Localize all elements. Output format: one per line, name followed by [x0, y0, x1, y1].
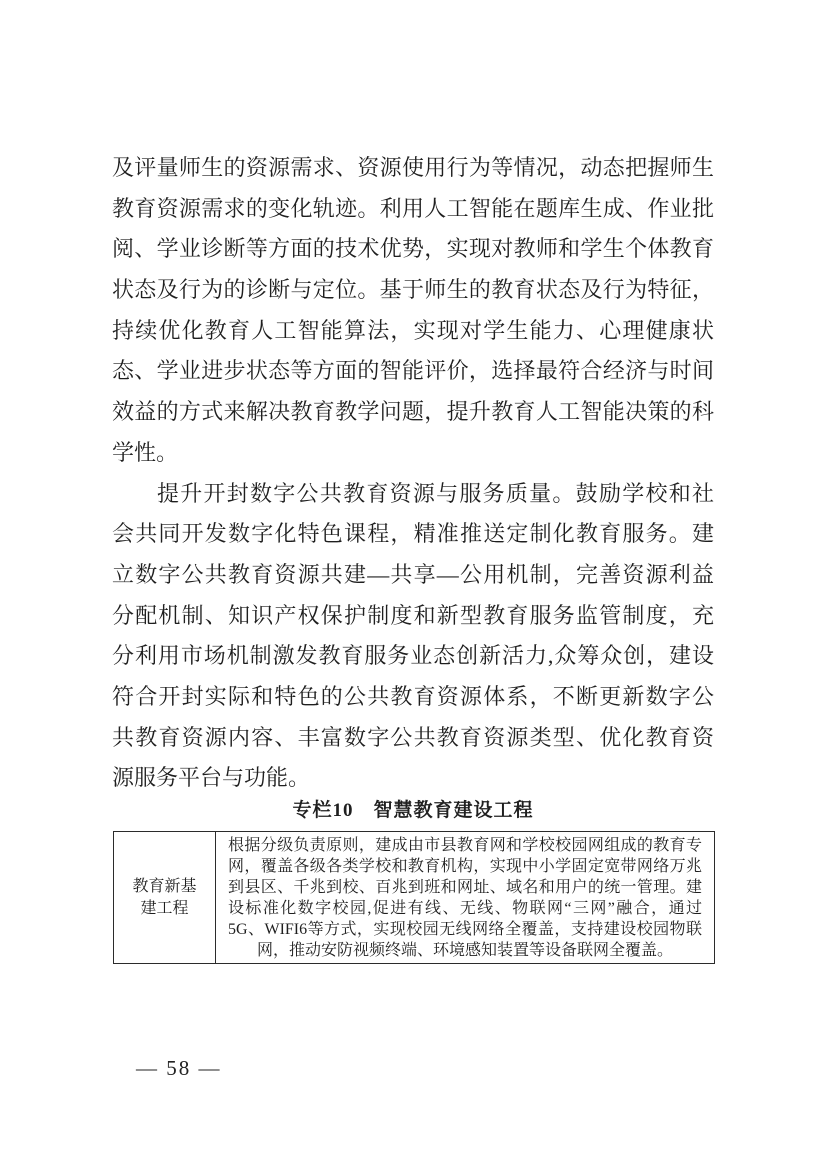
body-line: 提升开封数字公共教育资源与服务质量。鼓励学校和社	[112, 474, 714, 515]
column-box-title: 专栏10 智慧教育建设工程	[112, 795, 714, 822]
project-description-line: 网，覆盖各级各类学校和教育机构，实现中小学固定宽带网络万兆	[228, 856, 702, 877]
body-line: 会共同开发数字化特色课程，精准推送定制化教育服务。建	[112, 514, 714, 555]
body-line: 教育资源需求的变化轨迹。利用人工智能在题库生成、作业批	[112, 189, 714, 230]
project-table: 教育新基 建工程 根据分级负责原则，建成由市县教育网和学校校园网组成的教育专 网…	[113, 831, 715, 964]
page-number: — 58 —	[136, 1056, 222, 1081]
project-name-line: 建工程	[140, 898, 188, 920]
project-description-line: 5G、WIFI6等方式，实现校园无线网络全覆盖，支持建设校园物联	[228, 919, 702, 940]
project-description-line: 根据分级负责原则，建成由市县教育网和学校校园网组成的教育专	[228, 835, 702, 856]
body-text: 及评量师生的资源需求、资源使用行为等情况，动态把握师生 教育资源需求的变化轨迹。…	[112, 148, 714, 799]
body-line: 状态及行为的诊断与定位。基于师生的教育状态及行为特征，	[112, 270, 714, 311]
body-line: 分配机制、知识产权保护制度和新型教育服务监管制度，充	[112, 596, 714, 637]
body-line: 学性。	[112, 433, 714, 474]
body-line: 共教育资源内容、丰富数字公共教育资源类型、优化教育资	[112, 718, 714, 759]
project-description-line: 到县区、千兆到校、百兆到班和网址、域名和用户的统一管理。建	[228, 877, 702, 898]
body-line: 源服务平台与功能。	[112, 758, 714, 799]
project-description-line: 设标准化数字校园,促进有线、无线、物联网“三网”融合，通过	[228, 898, 702, 919]
body-line: 阅、学业诊断等方面的技术优势，实现对教师和学生个体教育	[112, 229, 714, 270]
body-line: 分利用市场机制激发教育服务业态创新活力,众筹众创，建设	[112, 636, 714, 677]
project-name-cell: 教育新基 建工程	[114, 832, 216, 963]
document-page: 及评量师生的资源需求、资源使用行为等情况，动态把握师生 教育资源需求的变化轨迹。…	[0, 0, 826, 1169]
body-line: 效益的方式来解决教育教学问题，提升教育人工智能决策的科	[112, 392, 714, 433]
body-line: 态、学业进步状态等方面的智能评价，选择最符合经济与时间	[112, 351, 714, 392]
project-description-line: 网，推动安防视频终端、环境感知装置等设备联网全覆盖。	[228, 940, 702, 961]
body-line: 及评量师生的资源需求、资源使用行为等情况，动态把握师生	[112, 148, 714, 189]
body-line: 持续优化教育人工智能算法，实现对学生能力、心理健康状	[112, 311, 714, 352]
body-line: 立数字公共教育资源共建—共享—公用机制，完善资源利益	[112, 555, 714, 596]
project-description-cell: 根据分级负责原则，建成由市县教育网和学校校园网组成的教育专 网，覆盖各级各类学校…	[216, 832, 714, 963]
project-name-line: 教育新基	[132, 876, 196, 898]
body-line: 符合开封实际和特色的公共教育资源体系，不断更新数字公	[112, 677, 714, 718]
